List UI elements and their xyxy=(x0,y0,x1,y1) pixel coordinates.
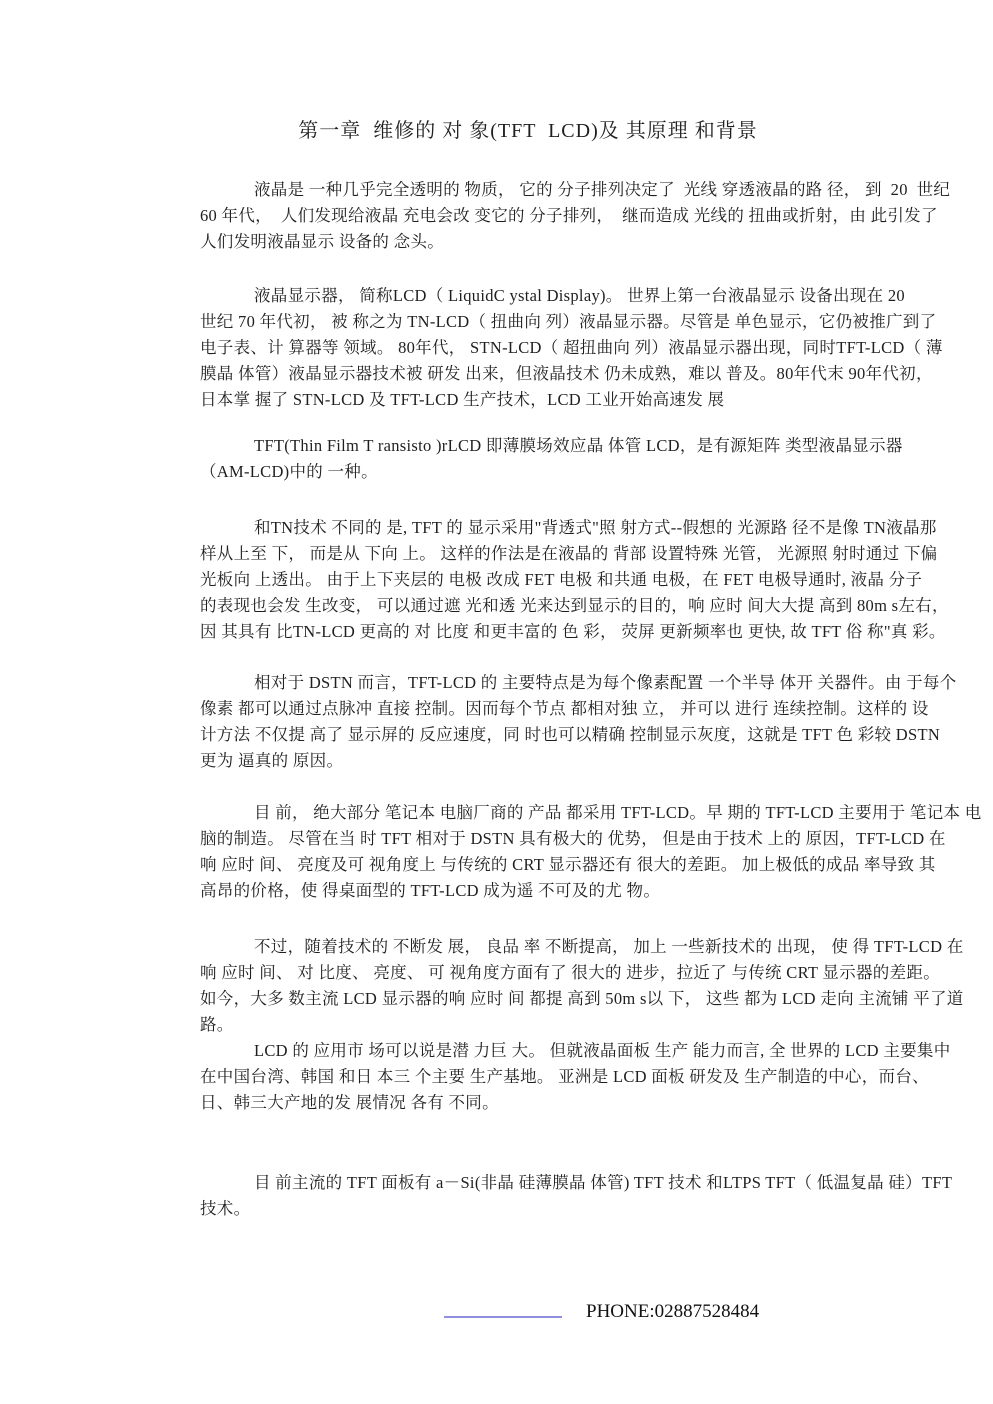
paragraph-line: 光板向 上透出。 由于上下夹层的 电极 改成 FET 电极 和共通 电极，在 F… xyxy=(200,567,856,593)
paragraph-line: 世纪 70 年代初， 被 称之为 TN-LCD（ 扭曲向 列）液晶显示器。尽管是… xyxy=(200,309,856,335)
document-page: 第一章 维修的 对 象(TFT LCD)及 其原理 和背景 液晶是 一种几乎完全… xyxy=(0,0,993,1404)
paragraph-2: 液晶显示器， 简称LCD（ LiquidC ystal Display)。 世界… xyxy=(200,283,856,413)
paragraph-line: 和TN技术 不同的 是, TFT 的 显示采用"背透式"照 射方式--假想的 光… xyxy=(200,515,856,541)
paragraph-line: 日本掌 握了 STN-LCD 及 TFT-LCD 生产技术，LCD 工业开始高速… xyxy=(200,387,856,413)
paragraph-line: 样从上至 下， 而是从 下向 上。 这样的作法是在液晶的 背部 设置特殊 光管，… xyxy=(200,541,856,567)
paragraph-line: 计方法 不仅提 高了 显示屏的 反应速度，同 时也可以精确 控制显示灰度，这就是… xyxy=(200,722,856,748)
paragraph-5: 相对于 DSTN 而言，TFT-LCD 的 主要特点是为每个像素配置 一个半导 … xyxy=(200,670,856,774)
paragraph-line: 脑的制造。 尽管在当 时 TFT 相对于 DSTN 具有极大的 优势， 但是由于… xyxy=(200,826,856,852)
paragraph-6: 目 前， 绝大部分 笔记本 电脑厂商的 产品 都采用 TFT-LCD。早 期的 … xyxy=(200,800,856,904)
paragraph-line: 相对于 DSTN 而言，TFT-LCD 的 主要特点是为每个像素配置 一个半导 … xyxy=(200,670,856,696)
paragraph-line: 目 前， 绝大部分 笔记本 电脑厂商的 产品 都采用 TFT-LCD。早 期的 … xyxy=(200,800,856,826)
paragraph-line: 在中国台湾、韩国 和日 本三 个主要 生产基地。 亚洲是 LCD 面板 研发及 … xyxy=(200,1064,856,1090)
paragraph-line: 60 年代， 人们发现给液晶 充电会改 变它的 分子排列， 继而造成 光线的 扭… xyxy=(200,203,856,229)
paragraph-7: 不过，随着技术的 不断发 展， 良品 率 不断提高， 加上 一些新技术的 出现，… xyxy=(200,934,856,1038)
page-title: 第一章 维修的 对 象(TFT LCD)及 其原理 和背景 xyxy=(200,116,856,146)
paragraph-line: 膜晶 体管）液晶显示器技术被 研发 出来，但液晶技术 仍未成熟，难以 普及。80… xyxy=(200,361,856,387)
paragraph-line: 如今，大多 数主流 LCD 显示器的响 应时 间 都提 高到 50m s以 下，… xyxy=(200,986,856,1012)
document-content: 第一章 维修的 对 象(TFT LCD)及 其原理 和背景 液晶是 一种几乎完全… xyxy=(200,116,856,1222)
paragraph-line: 像素 都可以通过点脉冲 直接 控制。因而每个节点 都相对独 立， 并可以 进行 … xyxy=(200,696,856,722)
paragraph-line: TFT(Thin Film T ransisto )rLCD 即薄膜场效应晶 体… xyxy=(200,433,856,459)
paragraph-line: 人们发明液晶显示 设备的 念头。 xyxy=(200,229,856,255)
paragraph-9: 目 前主流的 TFT 面板有 a－Si(非晶 硅薄膜晶 体管) TFT 技术 和… xyxy=(200,1170,856,1222)
paragraph-line: （AM-LCD)中的 一种。 xyxy=(200,459,856,485)
footer-phone-number: PHONE:02887528484 xyxy=(586,1300,759,1324)
paragraph-line: 液晶显示器， 简称LCD（ LiquidC ystal Display)。 世界… xyxy=(200,283,856,309)
paragraph-line: 路。 xyxy=(200,1012,856,1038)
paragraph-line: 不过，随着技术的 不断发 展， 良品 率 不断提高， 加上 一些新技术的 出现，… xyxy=(200,934,856,960)
paragraph-line: 技术。 xyxy=(200,1196,856,1222)
paragraph-line: LCD 的 应用市 场可以说是潜 力巨 大。 但就液晶面板 生产 能力而言, 全… xyxy=(200,1038,856,1064)
paragraph-line: 日、韩三大产地的发 展情况 各有 不同。 xyxy=(200,1090,856,1116)
paragraph-line: 响 应时 间、 亮度及可 视角度上 与传统的 CRT 显示器还有 很大的差距。 … xyxy=(200,852,856,878)
paragraph-line: 液晶是 一种几乎完全透明的 物质， 它的 分子排列决定了 光线 穿透液晶的路 径… xyxy=(200,177,856,203)
paragraph-line: 的表现也会发 生改变， 可以通过遮 光和透 光来达到显示的目的，响 应时 间大大… xyxy=(200,593,856,619)
paragraph-line: 响 应时 间、 对 比度、 亮度、 可 视角度方面有了 很大的 进步，拉近了 与… xyxy=(200,960,856,986)
paragraph-line: 高昂的价格，使 得桌面型的 TFT-LCD 成为遥 不可及的尤 物。 xyxy=(200,878,856,904)
footer-underline xyxy=(444,1316,562,1318)
paragraph-8: LCD 的 应用市 场可以说是潜 力巨 大。 但就液晶面板 生产 能力而言, 全… xyxy=(200,1038,856,1116)
paragraph-4: 和TN技术 不同的 是, TFT 的 显示采用"背透式"照 射方式--假想的 光… xyxy=(200,515,856,645)
paragraph-line: 目 前主流的 TFT 面板有 a－Si(非晶 硅薄膜晶 体管) TFT 技术 和… xyxy=(200,1170,856,1196)
paragraph-3: TFT(Thin Film T ransisto )rLCD 即薄膜场效应晶 体… xyxy=(200,433,856,485)
paragraph-line: 电子表、计 算器等 领域。 80年代， STN-LCD（ 超扭曲向 列）液晶显示… xyxy=(200,335,856,361)
paragraph-line: 因 其具有 比TN-LCD 更高的 对 比度 和更丰富的 色 彩， 荧屏 更新频… xyxy=(200,619,856,645)
paragraph-1: 液晶是 一种几乎完全透明的 物质， 它的 分子排列决定了 光线 穿透液晶的路 径… xyxy=(200,177,856,255)
paragraph-line: 更为 逼真的 原因。 xyxy=(200,748,856,774)
